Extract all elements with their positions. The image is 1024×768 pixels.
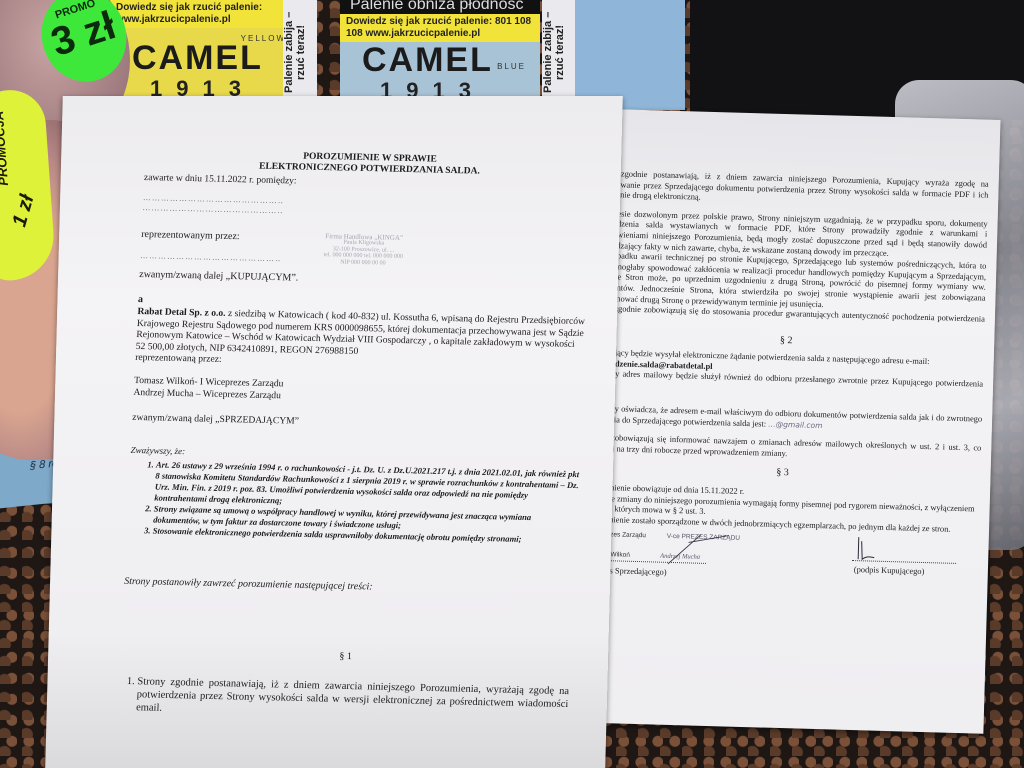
cigarette-pack-blue: Palenie obniża płodność Dowiedz się jak … [340, 0, 540, 110]
clause-text: Niniejszy adres mailowy będzie służył ró… [587, 369, 983, 389]
pack-brand: CAMEL [110, 40, 300, 76]
section-heading-3: § 3 [584, 462, 980, 484]
cigarette-pack-lightblue [575, 0, 685, 110]
document-page-1: POROZUMIENIE W SPRAWIE ELEKTRONICZNEGO P… [45, 96, 623, 768]
page-1-content: POROZUMIENIE W SPRAWIE ELEKTRONICZNEGO P… [118, 148, 595, 724]
pack-variant: YELLOW [241, 34, 286, 43]
pack-top-warning: Palenie obniża płodność [340, 0, 540, 14]
pack-brand: CAMEL [340, 42, 540, 78]
signature-block: I Wiceprezes Zarządu V-ce PREZES ZARZĄDU… [581, 529, 979, 614]
pack-warning: Dowiedz się jak rzucić palenie: 801 108 … [340, 14, 540, 42]
buyer-email-handwritten: …@gmail.com [768, 419, 822, 430]
buyer-company-stamp: Firma Handlowa „KINGA” Paula Kligowska 3… [318, 233, 410, 268]
promo-label: PROMOCJA [0, 110, 11, 186]
whereas-list: Art. 26 ustawy z 29 września 1994 r. o r… [127, 458, 580, 545]
buyer-signature [854, 535, 895, 562]
pack-variant: BLUE [497, 62, 526, 71]
buyer-signature-label: (podpis Kupującego) [854, 565, 925, 578]
promo-price: 1 zł [8, 192, 39, 229]
pack-warning: Dowiedz się jak rzucić palenie: www.jakr… [110, 0, 300, 28]
pack-side-warning: Palenie zabija – rzuć teraz! [283, 0, 317, 105]
document-page-2: Strony zgodnie postanawiają, iż z dniem … [564, 108, 1001, 733]
buyer-signature-line [852, 560, 956, 564]
pack-side-warning-2: Palenie zabija – rzuć teraz! [542, 0, 576, 105]
page-2-content: Strony zgodnie postanawiają, iż z dniem … [581, 169, 989, 615]
